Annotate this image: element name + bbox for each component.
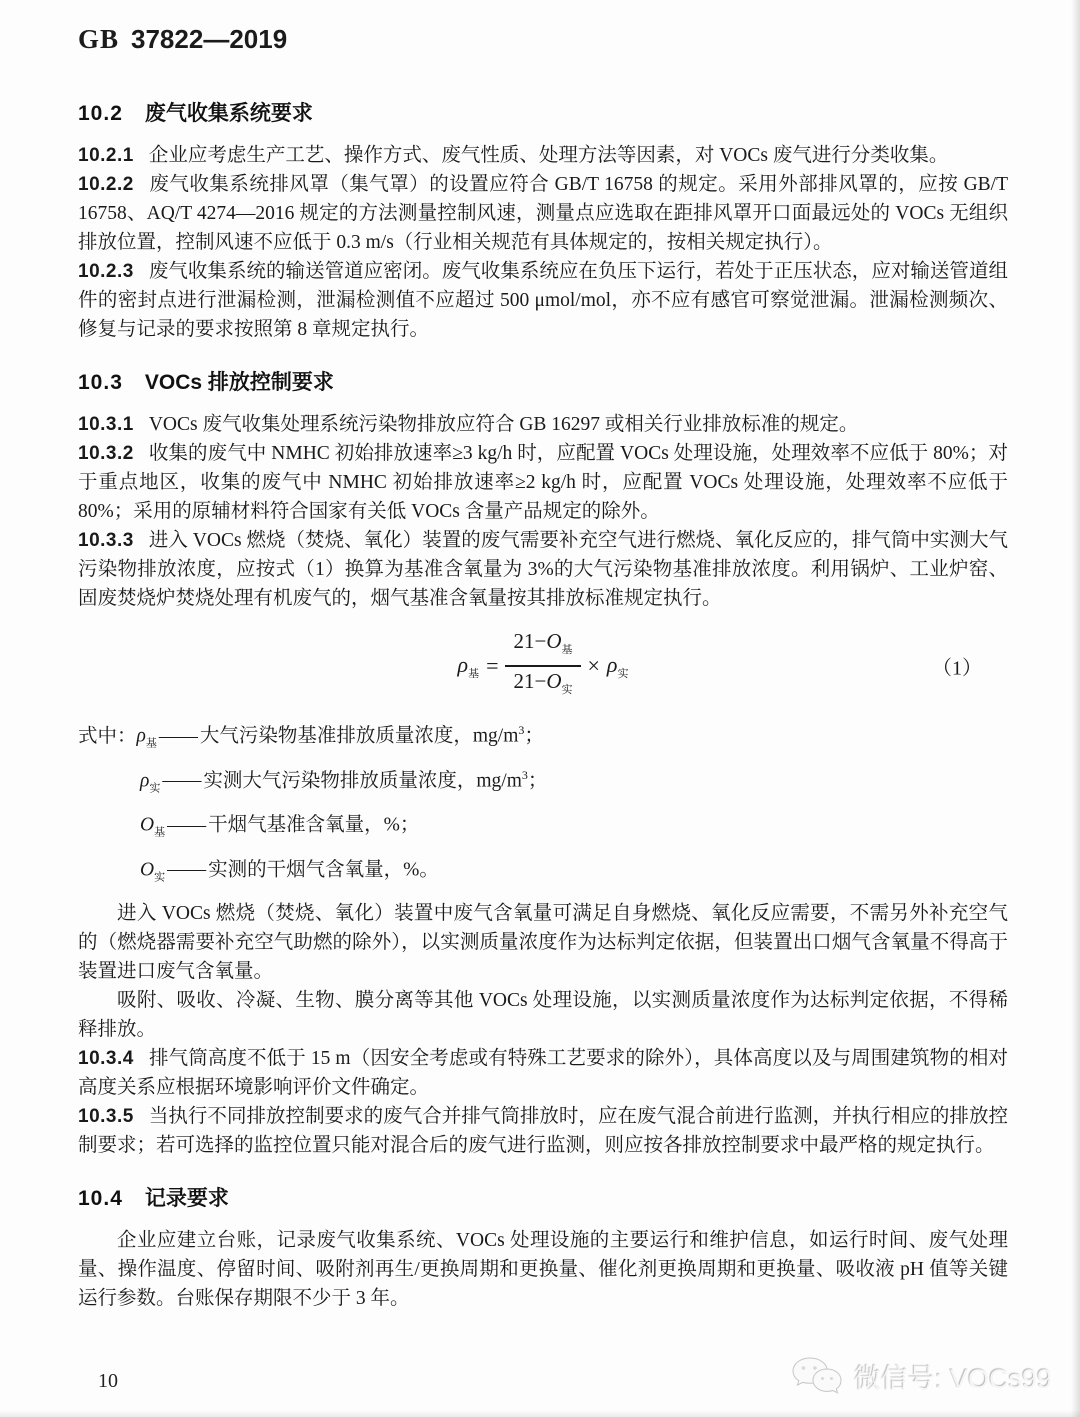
equation-1: ρ基 = 21−O基 21−O实 × ρ实 （1）: [78, 627, 1008, 705]
wechat-icon: [790, 1355, 842, 1397]
formula-definitions: 式中：ρ基——大气污染物基准排放质量浓度，mg/m3； ρ实——实测大气污染物排…: [78, 715, 1008, 893]
clause-10-3-4: 10.3.4排气筒高度不低于 15 m（因安全考虑或有特殊工艺要求的除外），具体…: [78, 1044, 1008, 1102]
clause-number: 10.3.4: [78, 1048, 134, 1069]
clause-10-3-5: 10.3.5当执行不同排放控制要求的废气合并排气筒排放时，应在废气混合前进行监测…: [78, 1102, 1008, 1160]
clause-10-3-2: 10.3.2收集的废气中 NMHC 初始排放速率≥3 kg/h 时，应配置 VO…: [78, 439, 1008, 526]
clause-text: 进入 VOCs 燃烧（焚烧、氧化）装置的废气需要补充空气进行燃烧、氧化反应的，排…: [78, 530, 1008, 609]
definition-rho-measured: ρ实——实测大气污染物排放质量浓度，mg/m3；: [78, 760, 1008, 805]
definition-rho-base: 式中：ρ基——大气污染物基准排放质量浓度，mg/m3；: [78, 715, 1008, 760]
clause-text: 排气筒高度不低于 15 m（因安全考虑或有特殊工艺要求的除外），具体高度以及与周…: [78, 1048, 1008, 1098]
definition-o-base: O基——干烟气基准含氧量，%；: [78, 804, 1008, 849]
scan-edge-bottom: [0, 1410, 1080, 1417]
equation-body: ρ基 = 21−O基 21−O实 × ρ实: [458, 627, 629, 705]
paragraph-combustion-oxygen: 进入 VOCs 燃烧（焚烧、氧化）装置中废气含氧量可满足自身燃烧、氧化反应需要，…: [78, 899, 1008, 986]
section-heading-10-2: 10.2废气收集系统要求: [78, 97, 1008, 127]
equation-label: （1）: [932, 652, 982, 681]
clause-number: 10.3.1: [78, 414, 134, 435]
clause-text: 收集的废气中 NMHC 初始排放速率≥3 kg/h 时，应配置 VOCs 处理设…: [78, 443, 1008, 522]
fraction-numerator: 21−O基: [505, 627, 580, 665]
fraction-denominator: 21−O实: [505, 665, 580, 705]
clause-10-3-1: 10.3.1VOCs 废气收集处理系统污染物排放应符合 GB 16297 或相关…: [78, 410, 1008, 439]
equals-sign: =: [486, 653, 498, 679]
section-number: 10.2: [78, 102, 123, 125]
section-number: 10.3: [78, 371, 123, 394]
section-heading-10-4: 10.4记录要求: [78, 1182, 1008, 1212]
page-number: 10: [98, 1370, 118, 1393]
standard-code: 37822—2019: [131, 24, 287, 54]
clause-10-2-1: 10.2.1企业应考虑生产工艺、操作方式、废气性质、处理方法等因素，对 VOCs…: [78, 141, 1008, 170]
fraction: 21−O基 21−O实: [505, 627, 580, 705]
clause-text: 废气收集系统排风罩（集气罩）的设置应符合 GB/T 16758 的规定。采用外部…: [78, 174, 1008, 253]
rho-measured-symbol: ρ实: [607, 652, 629, 681]
clause-number: 10.2.2: [78, 174, 134, 195]
multiply-sign: ×: [588, 653, 600, 679]
section-number: 10.4: [78, 1187, 123, 1210]
section-title: 记录要求: [145, 1187, 229, 1210]
clause-10-3-3: 10.3.3进入 VOCs 燃烧（焚烧、氧化）装置的废气需要补充空气进行燃烧、氧…: [78, 526, 1008, 613]
paragraph-other-treatment: 吸附、吸收、冷凝、生物、膜分离等其他 VOCs 处理设施，以实测质量浓度作为达标…: [78, 986, 1008, 1044]
paragraph-record-keeping: 企业应建立台账，记录废气收集系统、VOCs 处理设施的主要运行和维护信息，如运行…: [78, 1226, 1008, 1313]
section-heading-10-3: 10.3VOCs 排放控制要求: [78, 366, 1008, 396]
clause-text: 废气收集系统的输送管道应密闭。废气收集系统应在负压下运行，若处于正压状态，应对输…: [78, 261, 1008, 340]
standard-number: GB 37822—2019: [78, 24, 1008, 55]
clause-number: 10.3.2: [78, 443, 134, 464]
clause-number: 10.3.3: [78, 530, 134, 551]
clause-number: 10.2.3: [78, 261, 134, 282]
watermark: 微信号: VOCs99: [790, 1355, 1052, 1397]
scan-edge-right: [1071, 0, 1080, 1417]
clause-10-2-3: 10.2.3废气收集系统的输送管道应密闭。废气收集系统应在负压下运行，若处于正压…: [78, 257, 1008, 344]
standard-prefix: GB: [78, 24, 119, 54]
clause-number: 10.3.5: [78, 1106, 134, 1127]
watermark-text: 微信号: VOCs99: [854, 1357, 1052, 1396]
clause-10-2-2: 10.2.2废气收集系统排风罩（集气罩）的设置应符合 GB/T 16758 的规…: [78, 170, 1008, 257]
definition-o-measured: O实——实测的干烟气含氧量，%。: [78, 849, 1008, 894]
section-title: VOCs 排放控制要求: [145, 371, 334, 394]
rho-base-symbol: ρ基: [458, 652, 480, 681]
document-page: GB 37822—2019 10.2废气收集系统要求 10.2.1企业应考虑生产…: [0, 0, 1080, 1313]
clause-text: 当执行不同排放控制要求的废气合并排气筒排放时，应在废气混合前进行监测，并执行相应…: [78, 1106, 1008, 1156]
clause-number: 10.2.1: [78, 145, 134, 166]
section-title: 废气收集系统要求: [145, 102, 313, 125]
where-lead: 式中：: [78, 721, 137, 752]
clause-text: 企业应考虑生产工艺、操作方式、废气性质、处理方法等因素，对 VOCs 废气进行分…: [149, 145, 949, 166]
clause-text: VOCs 废气收集处理系统污染物排放应符合 GB 16297 或相关行业排放标准…: [149, 414, 859, 435]
